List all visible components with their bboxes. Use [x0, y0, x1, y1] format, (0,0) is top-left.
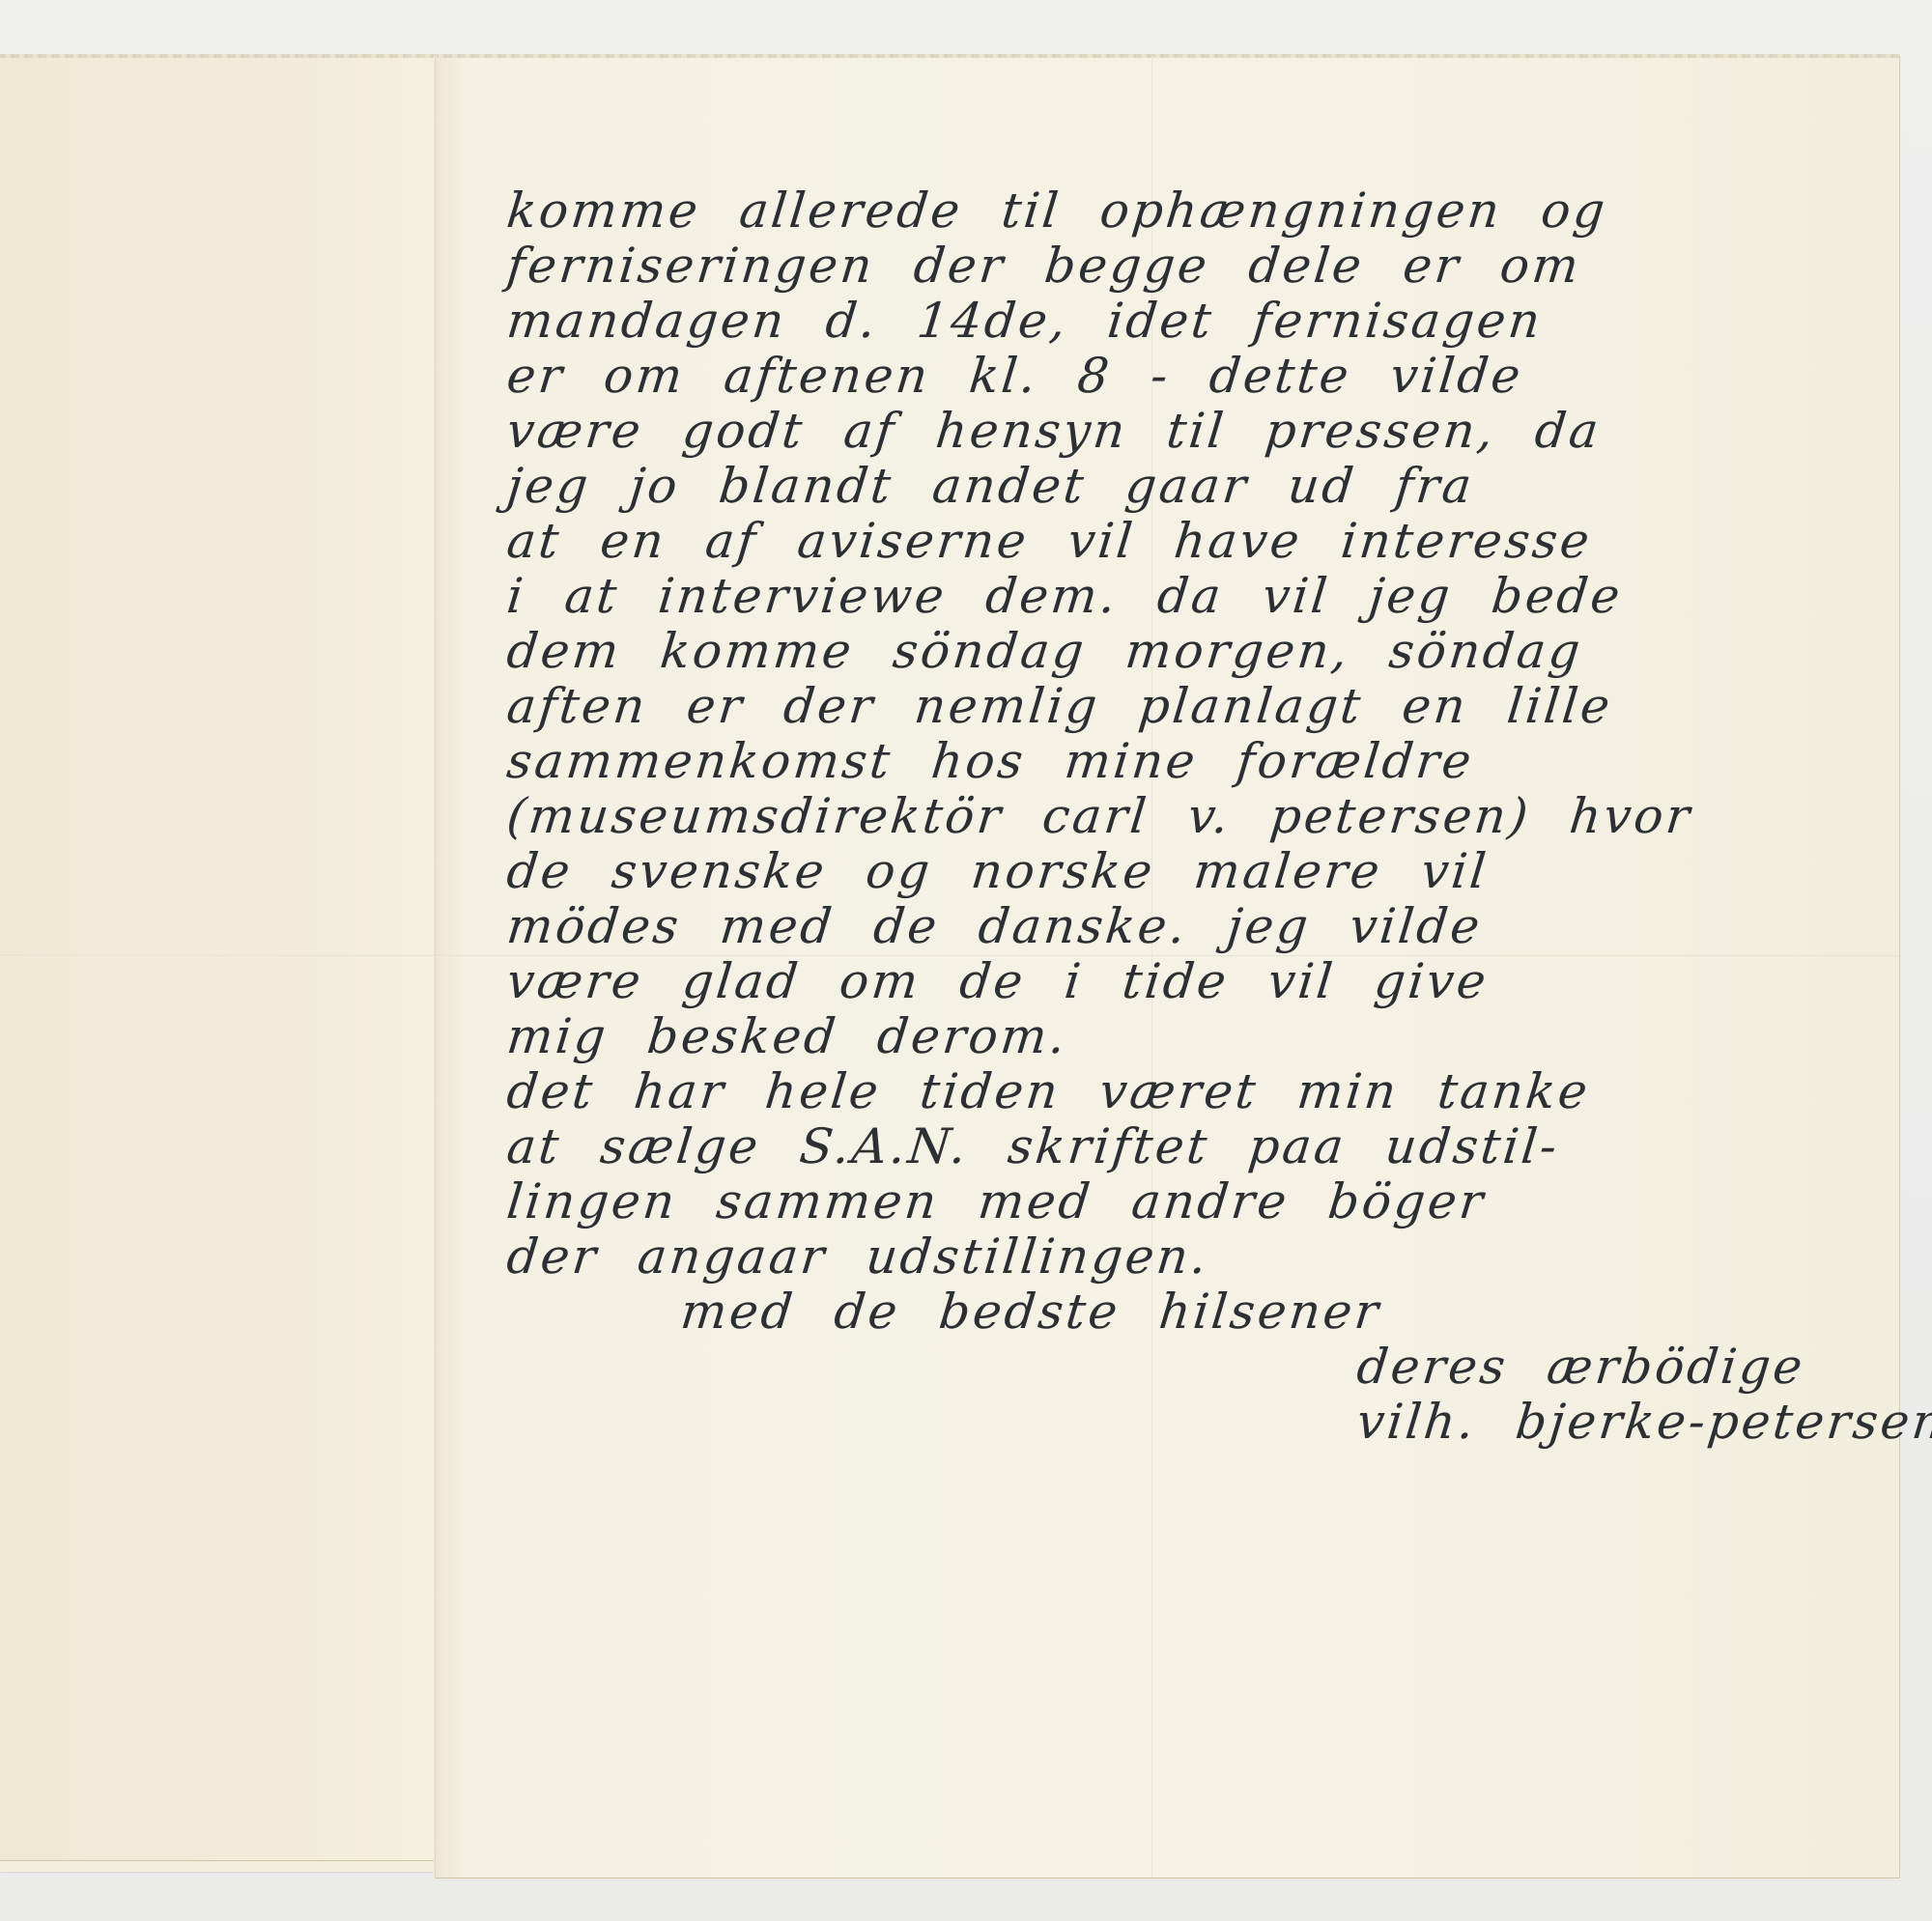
valediction: deres ærbödige	[504, 1340, 1882, 1395]
letter-line: i at interviewe dem. da vil jeg bede	[504, 569, 1882, 624]
letter-line: der angaar udstillingen.	[504, 1229, 1882, 1285]
letter-line: de svenske og norske malere vil	[504, 844, 1882, 899]
letter-line: er om aftenen kl. 8 - dette vilde	[504, 349, 1882, 404]
deckled-top-edge	[0, 54, 1899, 58]
letter-line: (museumsdirektör carl v. petersen) hvor	[504, 789, 1882, 844]
letter-line: sammenkomst hos mine forældre	[504, 734, 1882, 789]
letter-line: komme allerede til ophængningen og	[504, 184, 1882, 239]
letter-line: ferniseringen der begge dele er om	[504, 239, 1882, 294]
handwritten-letter-body: komme allerede til ophængningen og ferni…	[504, 184, 1876, 1450]
center-spine-fold	[434, 56, 437, 1878]
letter-line: at en af aviserne vil have interesse	[504, 514, 1882, 569]
letter-line: mödes med de danske. jeg vilde	[504, 899, 1882, 954]
letter-line: dem komme söndag morgen, söndag	[504, 624, 1882, 679]
letter-line: lingen sammen med andre böger	[504, 1174, 1882, 1229]
left-blank-page	[0, 56, 435, 1861]
letter-line: jeg jo blandt andet gaar ud fra	[504, 459, 1882, 514]
letter-line: være godt af hensyn til pressen, da	[504, 404, 1882, 459]
letter-line: aften er der nemlig planlagt en lille	[504, 679, 1882, 734]
letter-line: det har hele tiden været min tanke	[504, 1064, 1882, 1119]
closing-block: med de bedste hilsener deres ærbödige vi…	[504, 1285, 1876, 1450]
letter-line: at sælge S.A.N. skriftet paa udstil-	[504, 1119, 1882, 1174]
closing-greeting: med de bedste hilsener	[504, 1285, 1882, 1340]
letter-line: mandagen d. 14de, idet fernisagen	[504, 294, 1882, 349]
signature: vilh. bjerke-petersen.	[504, 1395, 1882, 1450]
letter-line: mig besked derom.	[504, 1009, 1882, 1064]
letter-line: være glad om de i tide vil give	[504, 954, 1882, 1009]
